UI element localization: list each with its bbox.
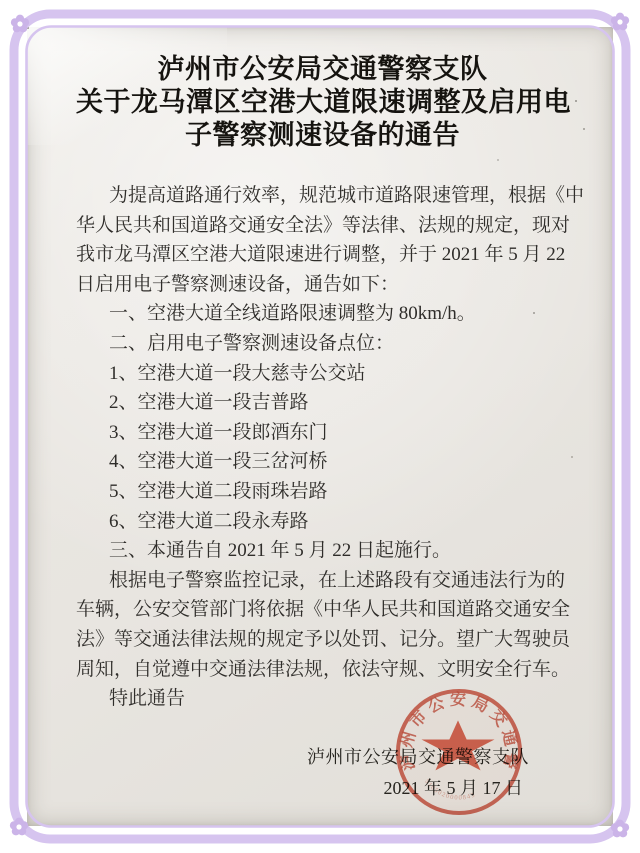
notice-body: 为提高道路通行效率，规范城市道路限速管理，根据《中 华人民共和国道路交通安全法》…	[76, 181, 569, 714]
list-item-line: 6、空港大道二段永寿路	[76, 507, 569, 537]
body-line: 为提高道路通行效率，规范城市道路限速管理，根据《中	[76, 181, 569, 211]
list-item-line: 二、启用电子警察测速设备点位：	[76, 329, 569, 359]
notice-title: 泸州市公安局交通警察支队 关于龙马潭区空港大道限速调整及启用电 子警察测速设备的…	[76, 53, 569, 152]
list-item-line: 2、空港大道一段吉普路	[76, 388, 569, 418]
corner-flower-icon	[10, 818, 28, 836]
list-item-line: 三、本通告自 2021 年 5 月 22 日起施行。	[76, 536, 569, 566]
notice-page: 泸州市公安局交通警察支队 关于龙马潭区空港大道限速调整及启用电 子警察测速设备的…	[0, 0, 640, 853]
title-line-1: 泸州市公安局交通警察支队	[76, 53, 569, 86]
list-item-line: 5、空港大道二段雨珠岩路	[76, 477, 569, 507]
list-item-line: 1、空港大道一段大慈寺公交站	[76, 359, 569, 389]
document-photo: 泸州市公安局交通警察支队 关于龙马潭区空港大道限速调整及启用电 子警察测速设备的…	[27, 27, 613, 826]
body-line: 日启用电子警察测速设备，通告如下：	[76, 270, 569, 300]
dust-specks	[27, 27, 29, 29]
title-line-3: 子警察测速设备的通告	[76, 119, 569, 152]
body-line: 法》等交通法律法规的规定予以处罚、记分。望广大驾驶员	[76, 625, 569, 655]
list-item-line: 4、空港大道一段三岔河桥	[76, 447, 569, 477]
body-line: 我市龙马潭区空港大道限速进行调整，并于 2021 年 5 月 22	[76, 240, 569, 270]
corner-flower-icon	[611, 13, 629, 31]
list-item-line: 一、空港大道全线道路限速调整为 80km/h。	[76, 299, 569, 329]
list-item-line: 3、空港大道一段郎酒东门	[76, 418, 569, 448]
body-line: 车辆，公安交管部门将依据《中华人民共和国道路交通安全	[76, 595, 569, 625]
title-line-2: 关于龙马潭区空港大道限速调整及启用电	[76, 86, 569, 119]
body-line: 周知，自觉遵中交通法律法规，依法守规、文明安全行车。	[76, 655, 569, 685]
body-line: 华人民共和国道路交通安全法》等法律、法规的规定，现对	[76, 211, 569, 241]
body-line: 根据电子警察监控记录，在上述路段有交通违法行为的	[76, 566, 569, 596]
official-seal: 泸州市公安局交通警察支队 5105020000843	[391, 684, 527, 820]
corner-flower-icon	[611, 820, 629, 838]
